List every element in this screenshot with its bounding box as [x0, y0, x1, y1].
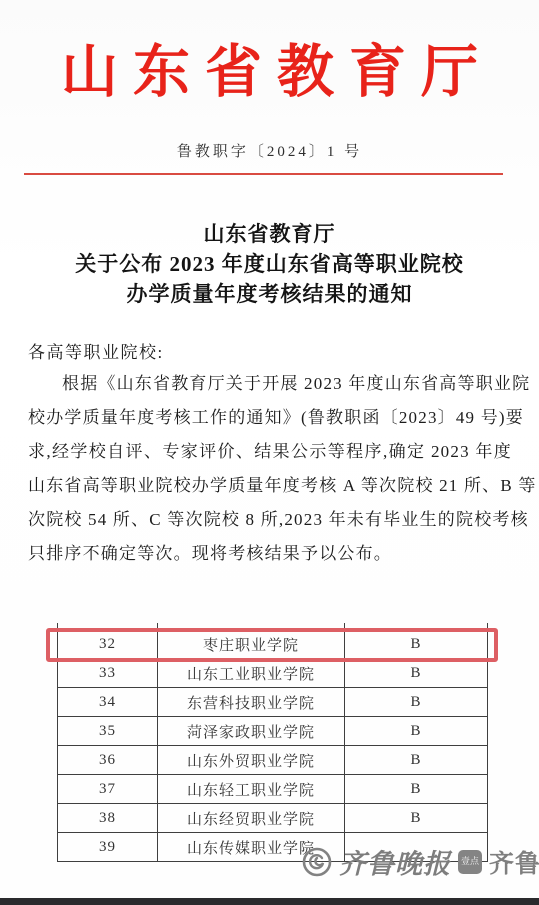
rank-cell: 32 [57, 631, 158, 658]
body-paragraph: 根据《山东省教育厅关于开展 2023 年度山东省高等职业院 校办学质量年度考核工… [28, 369, 512, 573]
notice-title-line3: 办学质量年度考核结果的通知 [0, 279, 539, 309]
body-line: 次院校 54 所、C 等次院校 8 所,2023 年未有毕业生的院校考核 [28, 505, 512, 539]
letterhead-divider [24, 173, 503, 175]
stub-cell [57, 623, 158, 630]
body-line: 根据《山东省教育厅关于开展 2023 年度山东省高等职业院 [28, 369, 512, 403]
table-row-36: 36 山东外贸职业学院 B [57, 746, 488, 775]
grade-cell: B [345, 775, 488, 803]
school-cell: 山东外贸职业学院 [158, 746, 345, 774]
table-row-34: 34 东营科技职业学院 B [57, 688, 488, 717]
body-line: 求,经学校自评、专家评价、结果公示等程序,确定 2023 年度 [28, 437, 512, 471]
notice-title-line2: 关于公布 2023 年度山东省高等职业院校 [0, 249, 539, 279]
grade-cell: B [345, 659, 488, 687]
grade-cell: B [345, 688, 488, 716]
results-table: 32 枣庄职业学院 B 33 山东工业职业学院 B 34 东营科技职业学院 B … [57, 623, 488, 862]
school-cell: 山东轻工职业学院 [158, 775, 345, 803]
letterhead-title: 山东省教育厅 [0, 26, 539, 108]
table-row-38: 38 山东经贸职业学院 B [57, 804, 488, 833]
newspaper-name-text: 齐鲁晚报 [339, 842, 451, 881]
salutation: 各高等职业院校: [28, 338, 164, 363]
photo-bottom-edge-bar [0, 898, 539, 905]
qilu-swirl-logo-icon [302, 847, 332, 877]
rank-cell: 39 [57, 833, 158, 861]
grade-cell: B [345, 717, 488, 745]
school-cell: 菏泽家政职业学院 [158, 717, 345, 745]
app-name-text: 齐鲁壹点 [489, 844, 539, 880]
table-row-35: 35 菏泽家政职业学院 B [57, 717, 488, 746]
table-row-32: 32 枣庄职业学院 B [57, 630, 488, 659]
school-cell: 枣庄职业学院 [158, 631, 345, 658]
stub-cell [158, 623, 345, 630]
school-cell: 山东经贸职业学院 [158, 804, 345, 832]
rank-cell: 35 [57, 717, 158, 745]
notice-title: 山东省教育厅 关于公布 2023 年度山东省高等职业院校 办学质量年度考核结果的… [0, 219, 539, 309]
yidian-app-icon: 壹点 [458, 850, 482, 874]
table-cropped-row-stub [57, 623, 488, 630]
rank-cell: 38 [57, 804, 158, 832]
table-row-37: 37 山东轻工职业学院 B [57, 775, 488, 804]
document-page: 山东省教育厅 鲁教职字〔2024〕1 号 山东省教育厅 关于公布 2023 年度… [0, 0, 539, 905]
rank-cell: 36 [57, 746, 158, 774]
school-cell: 山东工业职业学院 [158, 659, 345, 687]
body-line: 校办学质量年度考核工作的通知》(鲁教职函〔2023〕49 号)要 [28, 403, 512, 437]
grade-cell: B [345, 804, 488, 832]
document-number: 鲁教职字〔2024〕1 号 [0, 140, 539, 161]
rank-cell: 34 [57, 688, 158, 716]
grade-cell: B [345, 746, 488, 774]
rank-cell: 37 [57, 775, 158, 803]
stub-cell [345, 623, 488, 630]
rank-cell: 33 [57, 659, 158, 687]
table-row-33: 33 山东工业职业学院 B [57, 659, 488, 688]
body-line: 只排序不确定等次。现将考核结果予以公布。 [28, 539, 512, 573]
news-watermark: 齐鲁晚报 壹点 齐鲁壹点 [302, 842, 539, 881]
school-cell: 东营科技职业学院 [158, 688, 345, 716]
grade-cell: B [345, 631, 488, 658]
notice-title-line1: 山东省教育厅 [0, 219, 539, 249]
body-line: 山东省高等职业院校办学质量年度考核 A 等次院校 21 所、B 等 [28, 471, 512, 505]
